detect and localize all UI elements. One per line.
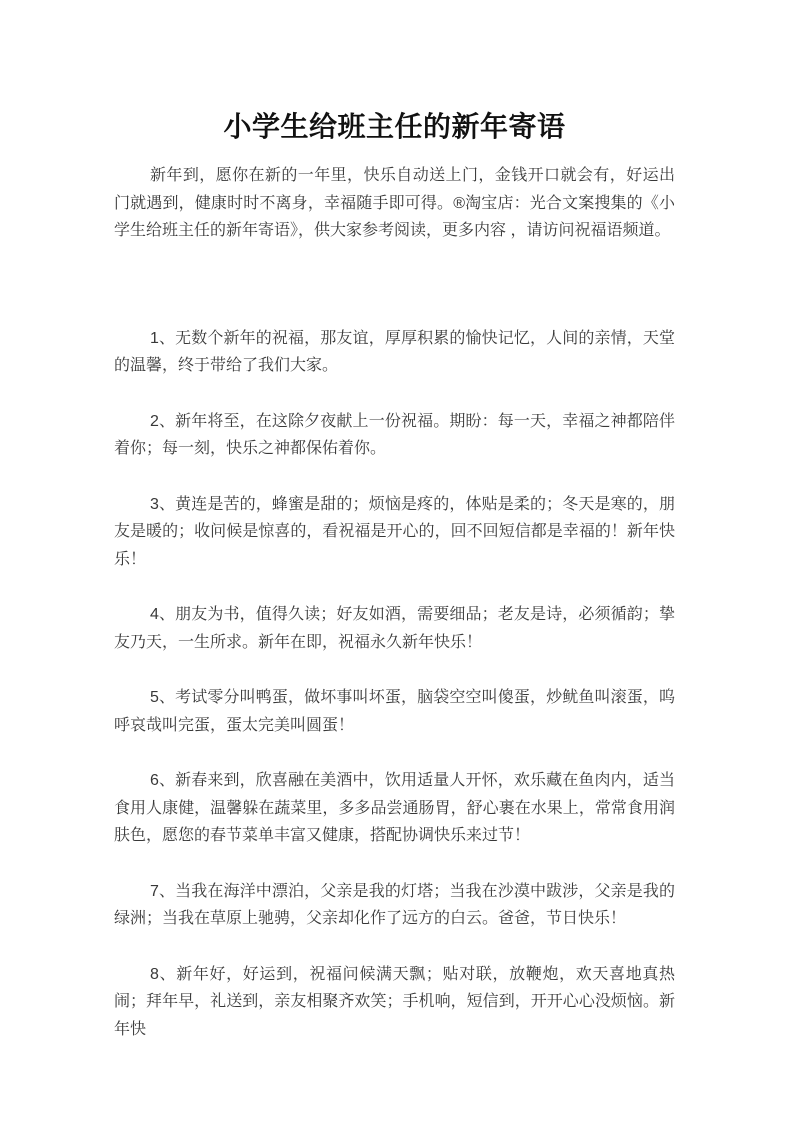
document-page: 小学生给班主任的新年寄语 新年到，愿你在新的一年里，快乐自动送上门，金钱开口就会… — [0, 0, 793, 1122]
body-paragraph-6: 6、新春来到，欣喜融在美酒中，饮用适量人开怀，欢乐藏在鱼肉内，适当食用人康健，温… — [114, 767, 675, 850]
body-paragraph-8: 8、新年好，好运到，祝福问候满天飘；贴对联，放鞭炮，欢天喜地真热闹；拜年早，礼送… — [114, 961, 675, 1044]
body-paragraph-7: 7、当我在海洋中漂泊，父亲是我的灯塔；当我在沙漠中跋涉，父亲是我的绿洲；当我在草… — [114, 878, 675, 933]
body-paragraph-1: 1、无数个新年的祝福，那友谊，厚厚积累的愉快记忆，人间的亲情，天堂的温馨，终于带… — [114, 325, 675, 380]
intro-paragraph: 新年到，愿你在新的一年里，快乐自动送上门，金钱开口就会有，好运出门就遇到，健康时… — [114, 162, 675, 245]
body-paragraph-4: 4、朋友为书，值得久读；好友如酒，需要细品；老友是诗，必须循韵；挚友乃天，一生所… — [114, 601, 675, 656]
body-paragraph-5: 5、考试零分叫鸭蛋，做坏事叫坏蛋，脑袋空空叫傻蛋，炒鱿鱼叫滚蛋，呜呼哀哉叫完蛋，… — [114, 684, 675, 739]
document-title: 小学生给班主任的新年寄语 — [114, 106, 675, 148]
body-paragraph-3: 3、黄连是苦的，蜂蜜是甜的；烦恼是疼的，体贴是柔的；冬天是寒的，朋友是暖的；收问… — [114, 491, 675, 574]
document-body: 新年到，愿你在新的一年里，快乐自动送上门，金钱开口就会有，好运出门就遇到，健康时… — [114, 162, 675, 1043]
body-paragraph-2: 2、新年将至，在这除夕夜献上一份祝福。期盼：每一天，幸福之神都陪伴着你；每一刻，… — [114, 408, 675, 463]
